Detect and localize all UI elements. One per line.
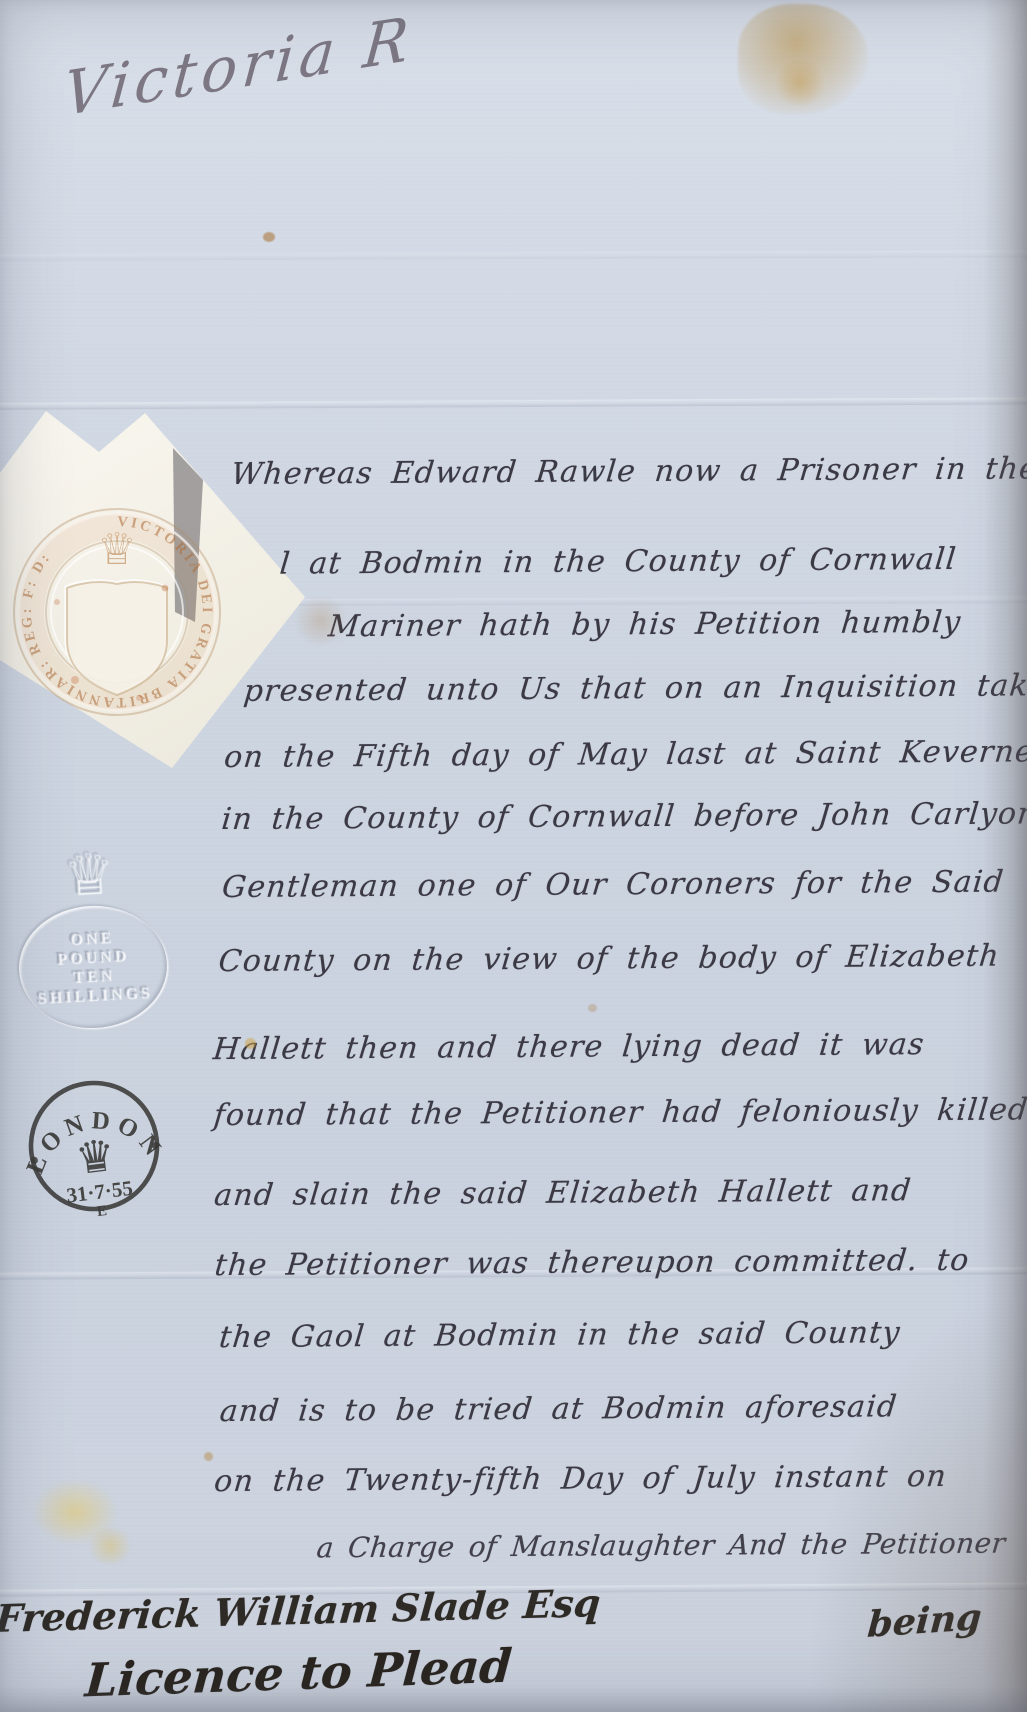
manuscript-line-3: Mariner hath by his Petition humbly xyxy=(327,605,963,644)
manuscript-line-5: on the Fifth day of May last at Saint Ke… xyxy=(223,734,1027,775)
manuscript-word-being: being xyxy=(866,1596,983,1646)
manuscript-line-2: l at Bodmin in the County of Cornwall xyxy=(278,542,958,582)
manuscript-line-6: in the County of Cornwall before John Ca… xyxy=(220,796,1027,837)
manuscript-line-14: and is to be tried at Bodmin aforesaid xyxy=(218,1389,899,1429)
manuscript-line-16: a Charge of Manslaughter And the Petitio… xyxy=(315,1527,1007,1565)
manuscript-line-10: found that the Petitioner had feloniousl… xyxy=(212,1092,1027,1133)
manuscript-line-4: presented unto Us that on an Inquisition… xyxy=(242,668,1027,709)
manuscript-body: Whereas Edward Rawle now a Prisoner in t… xyxy=(0,0,1027,1712)
manuscript-line-12: the Petitioner was thereupon committed. … xyxy=(213,1243,971,1283)
manuscript-line-8: County on the view of the body of Elizab… xyxy=(217,939,1001,979)
manuscript-line-15: on the Twenty-fifth Day of July instant … xyxy=(213,1459,949,1499)
manuscript-line-7: Gentleman one of Our Coroners for the Sa… xyxy=(220,865,1005,905)
manuscript-line-13: the Gaol at Bodmin in the said County xyxy=(218,1315,903,1355)
document-page: Victoria R VICTORIA DEI GRATIA BRITANNIA… xyxy=(0,0,1027,1712)
manuscript-line-9: Hallett then and there lying dead it was xyxy=(212,1027,927,1067)
manuscript-line-11: and slain the said Elizabeth Hallett and xyxy=(213,1173,914,1213)
manuscript-line-1: Whereas Edward Rawle now a Prisoner in t… xyxy=(230,451,1027,492)
